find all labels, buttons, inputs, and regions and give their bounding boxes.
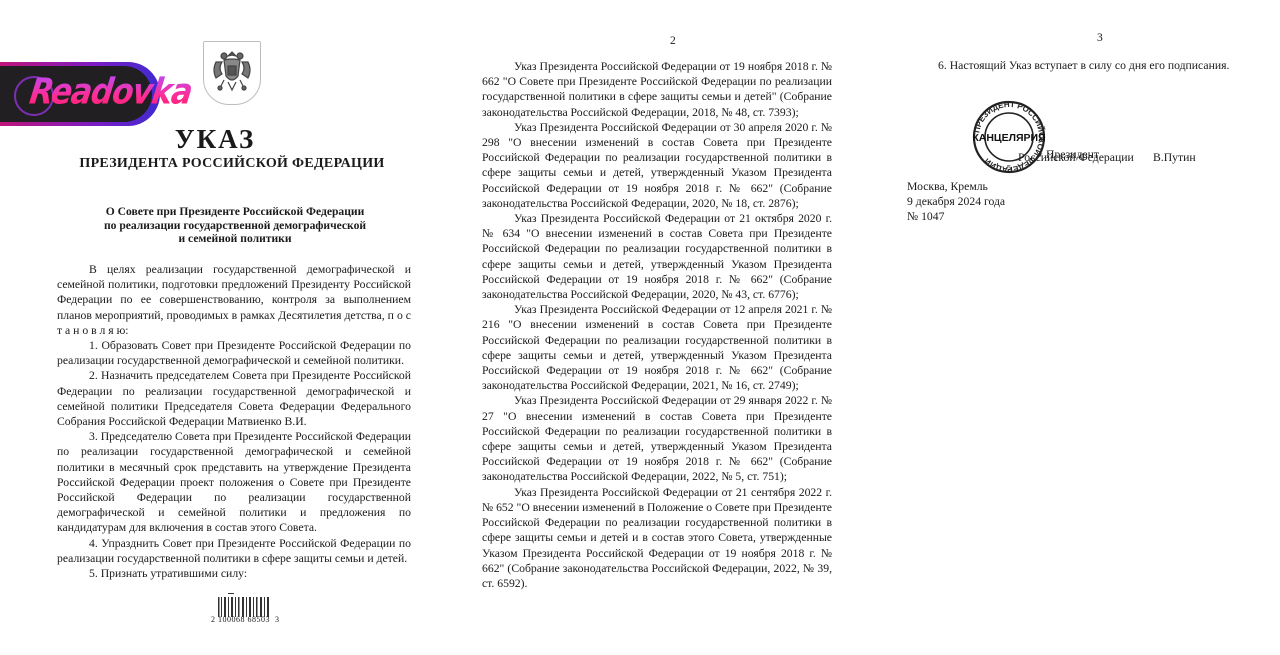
repealed-decree: Указ Президента Российской Федерации от … [482, 120, 832, 211]
subject-line: О Совете при Президенте Российской Федер… [60, 205, 410, 219]
clause-3: 3. Председателю Совета при Президенте Ро… [57, 429, 411, 535]
page-number-3: 3 [1097, 32, 1103, 44]
stamp-center-text: КАНЦЕЛЯРИЯ [972, 132, 1045, 144]
document-page-3 [875, 0, 1280, 655]
barcode-number: 2 100068 68503 3 [211, 615, 280, 624]
clause-4: 4. Упразднить Совет при Президенте Росси… [57, 536, 411, 566]
decree-number: № 1047 [907, 210, 1005, 225]
signer-name: В.Путин [1153, 150, 1196, 165]
decree-issuer: ПРЕЗИДЕНТА РОССИЙСКОЙ ФЕДЕРАЦИИ [0, 156, 464, 172]
clause-1: 1. Образовать Совет при Президенте Росси… [57, 338, 411, 368]
preamble: В целях реализации государственной демог… [57, 262, 411, 338]
repealed-decree: Указ Президента Российской Федерации от … [482, 211, 832, 302]
readovka-logo: Readovka [0, 62, 160, 126]
final-clause: 6. Настоящий Указ вступает в силу со дня… [938, 59, 1229, 72]
repealed-decree: Указ Президента Российской Федерации от … [482, 393, 832, 484]
repealed-decree: Указ Президента Российской Федерации от … [482, 59, 832, 120]
clause-2: 2. Назначить председателем Совета при Пр… [57, 368, 411, 429]
signing-place: Москва, Кремль [907, 180, 1005, 195]
subject-line: по реализации государственной демографич… [60, 219, 410, 233]
decree-title: УКАЗ [0, 124, 430, 155]
logo-text: Readovka [27, 71, 194, 112]
page-number-2: 2 [670, 35, 676, 47]
subject-line: и семейной политики [60, 232, 410, 246]
repealed-decrees-list: Указ Президента Российской Федерации от … [482, 59, 832, 591]
coat-of-arms-icon [203, 41, 261, 105]
repealed-decree: Указ Президента Российской Федерации от … [482, 302, 832, 393]
signature-org: Российской Федерации [1018, 150, 1134, 165]
repealed-decree: Указ Президента Российской Федерации от … [482, 485, 832, 591]
decree-subject: О Совете при Президенте Российской Федер… [60, 205, 410, 246]
clause-5: 5. Признать утратившими силу: [57, 566, 411, 581]
signing-details: Москва, Кремль 9 декабря 2024 года № 104… [907, 180, 1005, 224]
decree-body: В целях реализации государственной демог… [57, 262, 411, 581]
stamp-number: 5 [1007, 165, 1011, 172]
signing-date: 9 декабря 2024 года [907, 195, 1005, 210]
